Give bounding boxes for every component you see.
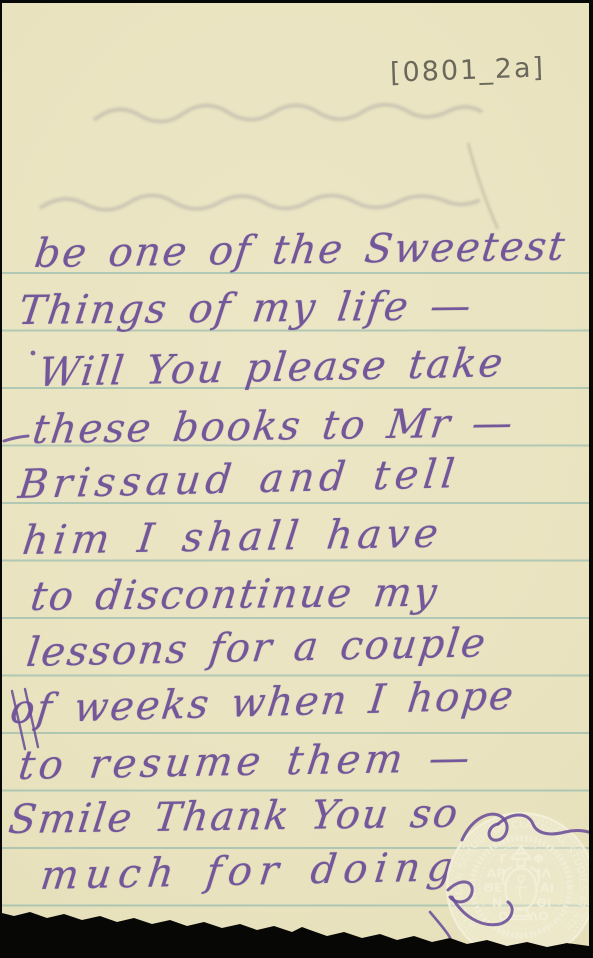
seal-greek-letter: ΑΙ bbox=[540, 880, 554, 895]
handwriting-line: to resume them — bbox=[16, 735, 476, 789]
seal-greek-letter: ΛΟ bbox=[529, 908, 549, 923]
handwriting-line: Things of my life — bbox=[16, 283, 475, 334]
scanned-letter-page: [0801_2a] be one of the Sweetest Things … bbox=[0, 0, 593, 958]
archival-label: [0801_2a] bbox=[390, 52, 546, 88]
seal-greek-letter: Φ bbox=[533, 851, 544, 866]
handwriting-line: much for doing bbox=[38, 844, 463, 899]
handwriting-line: to discontinue my bbox=[28, 570, 441, 620]
handwriting-line: Will You please take bbox=[36, 340, 507, 396]
handwriting-line: Smile Thank You so bbox=[6, 791, 462, 843]
handwriting-line: him I shall have bbox=[20, 511, 446, 564]
handwriting-line: these books to Mr — bbox=[30, 400, 517, 453]
handwriting-line: be one of the Sweetest bbox=[32, 223, 569, 277]
handwriting-line: lessons for a couple bbox=[24, 620, 490, 676]
seal-greek-letter: Ο bbox=[498, 908, 509, 923]
embossed-seal: AMERICAN SCHOOL OF CLASSICAL STUDIES AT … bbox=[443, 809, 593, 958]
seal-greek-letter: ΘΕ bbox=[483, 880, 502, 895]
seal-greek-letter: Γ bbox=[499, 851, 507, 866]
letter-paper: [0801_2a] be one of the Sweetest Things … bbox=[2, 3, 589, 958]
